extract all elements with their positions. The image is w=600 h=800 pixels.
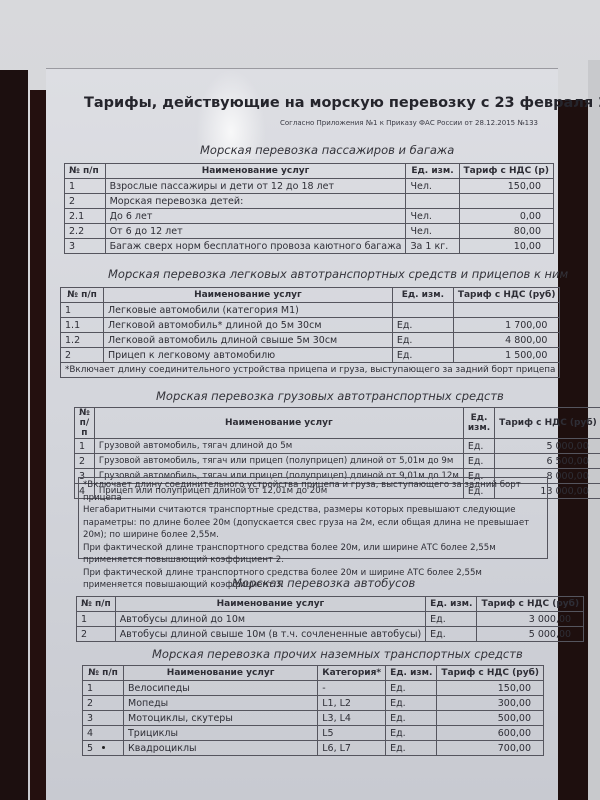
- table-row: 1Велосипеды-Ед.150,00: [83, 681, 544, 696]
- table-passengers: № п/п Наименование услуг Ед. изм. Тариф …: [64, 163, 554, 254]
- table-row: 3Багаж сверх норм бесплатного провоза ка…: [65, 239, 554, 254]
- table-row: 1Легковые автомобили (категория М1): [61, 303, 560, 318]
- col-unit: Ед. изм.: [406, 164, 459, 179]
- ink-dot: [102, 746, 105, 749]
- section-title-cars: Морская перевозка легковых автотранспорт…: [108, 267, 568, 281]
- frame-left-inner: [30, 90, 46, 800]
- section-title-passengers: Морская перевозка пассажиров и багажа: [200, 143, 454, 157]
- table-row: 3Мотоциклы, скутерыL3, L4Ед.500,00: [83, 711, 544, 726]
- section-title-other-vehicles: Морская перевозка прочих наземных трансп…: [152, 647, 523, 661]
- table-row: 2Грузовой автомобиль, тягач или прицеп (…: [75, 454, 600, 469]
- table-row: 1.2Легковой автомобиль длиной свыше 5м 3…: [61, 333, 560, 348]
- table-buses: № п/п Наименование услуг Ед. изм. Тариф …: [76, 596, 584, 642]
- table-cars: № п/п Наименование услуг Ед. изм. Тариф …: [60, 287, 560, 378]
- table-row: 2.1До 6 летЧел.0,00: [65, 209, 554, 224]
- col-service: Наименование услуг: [105, 164, 406, 179]
- section-title-trucks: Морская перевозка грузовых автотранспорт…: [156, 389, 504, 403]
- table-row: 2.2От 6 до 12 летЧел.80,00: [65, 224, 554, 239]
- table-other-vehicles: № п/п Наименование услуг Категория* Ед. …: [82, 665, 544, 756]
- section-title-buses: Морская перевозка автобусов: [232, 576, 415, 590]
- table-row: 1.1Легковой автомобиль* длиной до 5м 30с…: [61, 318, 560, 333]
- table-row: 1Взрослые пассажиры и дети от 12 до 18 л…: [65, 179, 554, 194]
- document-title: Тарифы, действующие на морскую перевозку…: [84, 95, 574, 111]
- table-row: 4ТрициклыL5Ед.600,00: [83, 726, 544, 741]
- table-row: 1Автобусы длиной до 10мЕд.3 000,00: [77, 612, 584, 627]
- col-tariff: Тариф с НДС (р): [459, 164, 553, 179]
- table-row: 2Прицеп к легковому автомобилюЕд.1 500,0…: [61, 348, 560, 363]
- table-row: 2МопедыL1, L2Ед.300,00: [83, 696, 544, 711]
- frame-left: [0, 70, 28, 800]
- col-number: № п/п: [65, 164, 106, 179]
- table-row: 2Морская перевозка детей:: [65, 194, 554, 209]
- table-row: 2Автобусы длиной свыше 10м (в т.ч. сочле…: [77, 627, 584, 642]
- trucks-notes: *Включает длину соединительного устройст…: [78, 477, 548, 559]
- table-row: 5КвадроциклыL6, L7Ед.700,00: [83, 741, 544, 756]
- document-subtitle: Согласно Приложения №1 к Приказу ФАС Рос…: [280, 119, 538, 127]
- cars-footnote: *Включает длину соединительного устройст…: [61, 363, 560, 378]
- table-row: 1Грузовой автомобиль, тягач длиной до 5м…: [75, 439, 600, 454]
